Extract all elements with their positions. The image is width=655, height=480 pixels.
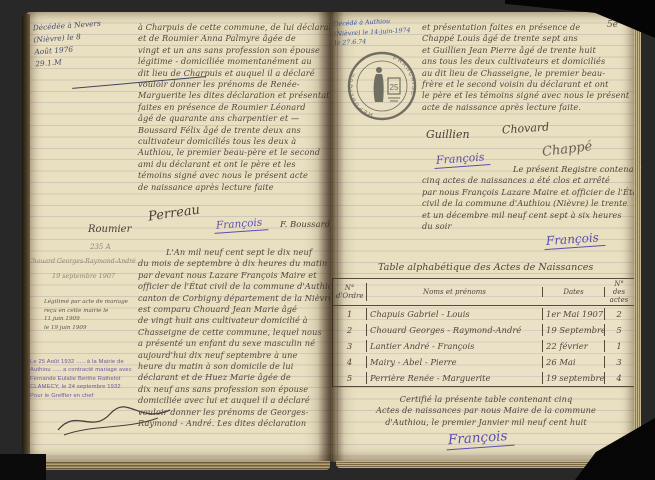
act-text-line: domiciliée avec lui et auquel il a décla… xyxy=(138,395,338,406)
act-text-line: canton de Corbigny département de la Niè… xyxy=(138,293,338,304)
table-cell: Chouard Georges - Raymond-André xyxy=(367,324,543,336)
act-text-line: a présenté un enfant du sexe masculin né xyxy=(138,338,338,349)
stamp-line: Le 25 Août 1932 ..... à la Mairie de xyxy=(30,358,132,366)
act-text-line: Authiou, le premier beau-père et le seco… xyxy=(138,147,334,158)
act-text-line: Chasseigne de cette commune, lequel nous xyxy=(138,327,338,338)
closing-line: Le présent Registre contenant xyxy=(422,164,636,175)
table-cell: Chapuis Gabriel - Louis xyxy=(367,308,543,320)
margin-act-name: Chouard Georges-Raymond-André xyxy=(28,258,136,265)
table-cell: N° d'Ordre xyxy=(333,283,367,301)
act-text-line: vouloir donner les prénoms de Renée- xyxy=(138,79,334,90)
mention-line: Légitimé par acte de mariage xyxy=(44,298,128,307)
table-cell: 4 xyxy=(333,356,367,368)
signature-guillien: Guillien xyxy=(426,128,470,141)
svg-text:RÉPUBLIQUE: RÉPUBLIQUE xyxy=(348,71,374,117)
table-cell: 5 xyxy=(605,324,633,336)
table-cell: 26 Mai xyxy=(543,356,605,368)
act-text-line: âgé de quarante ans charpentier et — xyxy=(138,113,334,124)
table-cell: 4 xyxy=(605,372,633,384)
act-text-line: cultivateur domiciliés tous les deux à xyxy=(138,136,334,147)
table-cell: 1 xyxy=(605,340,633,352)
signature-roumier: Roumier xyxy=(88,224,131,235)
table-cell: 19 septembre xyxy=(543,372,605,384)
margin-mention-legitimation: Légitimé par acte de mariagereçu en cett… xyxy=(44,298,128,332)
table-row: 2Chouard Georges - Raymond-André19 Septe… xyxy=(333,322,635,338)
act-text-line: et présentation faites en présence de xyxy=(422,22,634,33)
closing-line: par nous François Lazare Maire et offici… xyxy=(422,187,636,198)
act-text-line: légitime - domiciliée momentanément au xyxy=(138,56,334,67)
stamp-line: Authiou ..... a contracté mariage avec xyxy=(30,366,132,374)
register-scan: Décédée à Nevers(Nièvre) le 8Août 197629… xyxy=(0,0,655,480)
seal-text-top: RÉPUBLIQUE xyxy=(348,71,374,117)
closing-line: civil de la commune d'Authiou (Nièvre) l… xyxy=(422,198,636,209)
act-text-line: de naissance après lecture faite xyxy=(138,182,334,193)
republique-francaise-seal: RÉPUBLIQUE FRANÇAISE 25 xyxy=(346,50,418,122)
table-cell: 19 Septembre xyxy=(543,324,605,336)
act-text-line: Raymond - André. Les dites déclaration xyxy=(138,418,338,429)
table-row: 3Lantier André - François22 février1 xyxy=(333,338,635,354)
act-text-line: L'An mil neuf cent sept le dix neuf xyxy=(138,247,338,258)
table-title: Table alphabétique des Actes de Naissanc… xyxy=(378,262,592,273)
signature-perreau: Perreau xyxy=(147,202,201,224)
page-edges-right xyxy=(634,16,641,464)
table-cell: 2 xyxy=(605,308,633,320)
seal-value: 25 xyxy=(390,83,399,92)
mention-line: le 19 juin 1909 xyxy=(44,324,128,333)
margin-note-deces-left: Décédée à Nevers(Nièvre) le 8Août 197629… xyxy=(32,18,103,71)
marriage-mention-stamp: Le 25 Août 1932 ..... à la Mairie deAuth… xyxy=(30,358,132,400)
act-text-line: dix neuf ans sans profession son épouse xyxy=(138,384,338,395)
table-cell: 3 xyxy=(605,356,633,368)
act-text-line: heure du matin à son domicile de lui xyxy=(138,361,338,372)
closing-signature-francois: François xyxy=(544,230,606,250)
table-cell: N° des actes xyxy=(605,279,633,305)
act-text-line: ami du déclarant et ont le père et les xyxy=(138,159,334,170)
act-text-line: à Charpuis de cette commune, de lui décl… xyxy=(138,22,334,33)
margin-note-deces-right: Décédé à Authiou(Nièvre) le 14-juin-1974… xyxy=(333,16,411,49)
act-text-line: acte de naissance après lecture faite. xyxy=(422,102,634,113)
act1-body: à Charpuis de cette commune, de lui décl… xyxy=(138,22,334,193)
act-text-line: vouloir donner les prénoms de Georges- xyxy=(138,407,338,418)
margin-act-date: 19 septembre 1907 xyxy=(52,272,115,280)
table-certification: Certifié la présente table contenant cin… xyxy=(350,394,622,428)
act-text-line: frère et le second voisin du déclarant e… xyxy=(422,79,634,90)
signature-francois-purple: François xyxy=(214,216,269,234)
signature-chappe: Chappé xyxy=(541,139,593,160)
signature-chovard: Chovard xyxy=(502,120,550,136)
mention-line: reçu en cette mairie le xyxy=(44,307,128,316)
table-cell: 1 xyxy=(333,308,367,320)
alphabetical-table: N° d'OrdreNoms et prénomsDatesN° des act… xyxy=(332,278,636,387)
table-cell: 2 xyxy=(333,324,367,336)
act-text-line: de vingt huit ans cultivateur domicilié … xyxy=(138,315,338,326)
closing-line: et un décembre mil neuf cent sept à six … xyxy=(422,210,636,221)
right-page: 5e Décédé à Authiou(Nièvre) le 14-juin-1… xyxy=(330,12,634,462)
closing-line: cinq actes de naissances a été clos et a… xyxy=(422,175,636,186)
act-text-line: vingt et un ans sans profession son épou… xyxy=(138,45,334,56)
certification-signature-francois: François xyxy=(445,428,514,451)
table-row: 5Perrière Renée - Marguerite19 septembre… xyxy=(333,370,635,386)
stamp-line: CLAMECY, le 24 septembre 1932 xyxy=(30,383,132,391)
stamp-line: Pour le Greffier en chef xyxy=(30,392,132,400)
table-body: 1Chapuis Gabriel - Louis1er Mai 190722Ch… xyxy=(333,306,635,386)
act-body-right: et présentation faites en présence deCha… xyxy=(422,22,634,113)
act-text-line: dit lieu de Charpuis et auquel il a décl… xyxy=(138,68,334,79)
table-row: 1Chapuis Gabriel - Louis1er Mai 19072 xyxy=(333,306,635,322)
table-cell: Mairy - Abel - Pierre xyxy=(367,356,543,368)
act-text-line: Chappé Louis âgé de trente sept ans xyxy=(422,33,634,44)
act-text-line: du mois de septembre à dix heures du mat… xyxy=(138,258,338,269)
table-cell: 1er Mai 1907 xyxy=(543,308,605,320)
table-cell: Noms et prénoms xyxy=(367,287,543,297)
table-row: N° d'OrdreNoms et prénomsDatesN° des act… xyxy=(333,279,635,306)
table-header: N° d'OrdreNoms et prénomsDatesN° des act… xyxy=(333,279,635,306)
certification-line: d'Authiou, le premier Janvier mil neuf c… xyxy=(350,417,622,428)
left-page: Décédée à Nevers(Nièvre) le 8Août 197629… xyxy=(26,12,330,462)
act-text-line: aujourd'hui dix neuf septembre à une xyxy=(138,350,338,361)
act-text-line: est comparu Chouard Jean Marie âgé xyxy=(138,304,338,315)
act-number-note: 235 A xyxy=(90,243,111,251)
act-text-line: et de Roumier Anna Palmyre âgée de xyxy=(138,33,334,44)
act-text-line: déclarant et de Huez Marie âgée de xyxy=(138,372,338,383)
table-cell: 5 xyxy=(333,372,367,384)
table-cell: 3 xyxy=(333,340,367,352)
table-cell: 22 février xyxy=(543,340,605,352)
mention-line: 11 juin 1909 xyxy=(44,315,128,324)
act2-body: L'An mil neuf cent sept le dix neufdu mo… xyxy=(138,247,338,430)
act-text-line: officier de l'État civil de la commune d… xyxy=(138,281,338,292)
register-closing: Le présent Registre contenantcinq actes … xyxy=(422,164,636,232)
act-text-line: faites en présence de Roumier Léonard xyxy=(138,102,334,113)
act-text-line: le père et les témoins signé avec nous l… xyxy=(422,90,634,101)
signature-boussard: F. Boussard xyxy=(280,220,330,230)
act-text-line: au dit lieu de Chasseigne, le premier be… xyxy=(422,68,634,79)
table-cell: Dates xyxy=(543,287,605,297)
table-cell: Lantier André - François xyxy=(367,340,543,352)
table-cell: Perrière Renée - Marguerite xyxy=(367,372,543,384)
photo-corner-bottom-left xyxy=(0,454,46,480)
act-text-line: témoins signé avec nous le présent acte xyxy=(138,170,334,181)
act-text-line: ans tous les deux cultivateurs et domici… xyxy=(422,56,634,67)
page-edges-bottom-left xyxy=(30,461,330,470)
act-text-line: par devant nous Lazare François Maire et xyxy=(138,270,338,281)
stamp-line: Fernande Eulalie Berthe Rathelot xyxy=(30,375,132,383)
certification-line: Certifié la présente table contenant cin… xyxy=(350,394,622,405)
table-row: 4Mairy - Abel - Pierre26 Mai3 xyxy=(333,354,635,370)
certification-line: Actes de naissances par nous Maire de la… xyxy=(350,405,622,416)
act-text-line: et Guillien Jean Pierre âgé de trente hu… xyxy=(422,45,634,56)
act-text-line: Boussard Félix âgé de trente deux ans xyxy=(138,125,334,136)
book-spine xyxy=(22,14,30,466)
act-text-line: Marguerite les dites déclaration et prés… xyxy=(138,90,334,101)
